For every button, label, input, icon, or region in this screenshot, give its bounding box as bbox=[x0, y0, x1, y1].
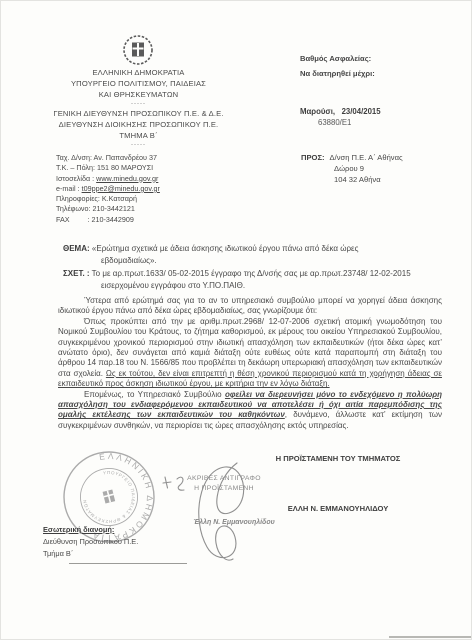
letterhead-directorate-line2: ΔΙΕΥΘΥΝΣΗ ΔΙΟΙΚΗΣΗΣ ΠΡΟΣΩΠΙΚΟΥ Π.Ε. bbox=[31, 119, 246, 130]
internal-distribution-block: Εσωτερική διανομή: Διεύθυνση Προσωπικού … bbox=[43, 524, 138, 559]
website-label: Ιστοσελίδα : bbox=[56, 174, 94, 183]
letterhead-department: ΤΜΗΜΑ Β΄ bbox=[31, 130, 246, 141]
internal-distribution-line2: Τμήμα Β΄ bbox=[43, 548, 138, 560]
recipient-line2: Δώρου 9 bbox=[334, 163, 403, 174]
place-date: Μαρούσι, 23/04/2015 bbox=[300, 106, 381, 117]
security-grade-label: Βαθμός Ασφαλείας: bbox=[300, 53, 375, 64]
contact-phone: Τηλέφωνο: 210-3442121 bbox=[56, 204, 160, 214]
body-paragraphs: Ύστερα από ερώτημά σας για το αν το υπηρ… bbox=[58, 296, 442, 431]
recipient-row: ΠΡΟΣ:Δ/νση Π.Ε. Α΄ Αθήνας bbox=[301, 152, 403, 163]
contact-address: Ταχ. Δ/νση: Αν. Παπανδρέου 37 bbox=[56, 153, 160, 163]
body-paragraph: Επομένως, το Υπηρεσιακό Συμβούλιο οφείλε… bbox=[58, 390, 442, 432]
letterhead-separator2: ----- bbox=[31, 141, 246, 149]
letterhead-ministry-line1: ΥΠΟΥΡΓΕΙΟ ΠΟΛΙΤΙΣΜΟΥ, ΠΑΙΔΕΙΑΣ bbox=[31, 78, 246, 89]
internal-distribution-label: Εσωτερική διανομή: bbox=[43, 524, 138, 536]
reference-text: Το με αρ.πρωτ.1633/ 05-02-2015 έγγραφο τ… bbox=[92, 269, 411, 290]
email-label: e-mail : bbox=[56, 184, 80, 193]
internal-distribution-line1: Διεύθυνση Προσωπικού Π.Ε. bbox=[43, 536, 138, 548]
contact-website-row: Ιστοσελίδα : www.minedu.gov.gr bbox=[56, 174, 160, 184]
recipient-block: ΠΡΟΣ:Δ/νση Π.Ε. Α΄ Αθήνας Δώρου 9 104 32… bbox=[301, 152, 403, 185]
security-block: Βαθμός Ασφαλείας: Να διατηρηθεί μέχρι: bbox=[300, 53, 375, 79]
body-paragraph: Όπως προκύπτει από την με αριθμ.πρωτ.296… bbox=[58, 317, 442, 390]
recipient-line3: 104 32 Αθήνα bbox=[334, 174, 403, 185]
subject-label: ΘΕΜΑ: bbox=[63, 244, 90, 253]
footer-divider bbox=[69, 563, 187, 564]
retain-until-label: Να διατηρηθεί μέχρι: bbox=[300, 68, 375, 79]
letterhead: ΕΛΛΗΝΙΚΗ ΔΗΜΟΚΡΑΤΙΑ ΥΠΟΥΡΓΕΙΟ ΠΟΛΙΤΙΣΜΟΥ… bbox=[31, 67, 246, 149]
contact-email-row: e-mail : t09ppe2@minedu.gov.gr bbox=[56, 184, 160, 194]
reference-label: ΣΧΕΤ. : bbox=[63, 269, 90, 278]
contact-city: Τ.Κ. – Πόλη: 151 80 ΜΑΡΟΥΣΙ bbox=[56, 163, 160, 173]
contact-block: Ταχ. Δ/νση: Αν. Παπανδρέου 37 Τ.Κ. – Πόλ… bbox=[56, 153, 160, 225]
body-paragraph: Ύστερα από ερώτημά σας για το αν το υπηρ… bbox=[58, 296, 442, 317]
subject-row: ΘΕΜΑ: «Ερώτημα σχετικά με άδεια άσκησης … bbox=[63, 243, 415, 266]
protocol-number: 63880/Ε1 bbox=[318, 117, 381, 128]
scan-edge-artifact bbox=[389, 636, 472, 638]
document-page: ΕΛΛΗΝΙΚΗ ΔΗΜΟΚΡΑΤΙΑ ΥΠΟΥΡΓΕΙΟ ΠΟΛΙΤΙΣΜΟΥ… bbox=[0, 0, 472, 640]
subject-text: «Ερώτημα σχετικά με άδεια άσκησης ιδιωτι… bbox=[92, 244, 359, 265]
email-link[interactable]: t09ppe2@minedu.gov.gr bbox=[82, 184, 160, 193]
contact-info: Πληροφορίες: Κ.Κατσαρή bbox=[56, 194, 160, 204]
letterhead-ministry-line2: ΚΑΙ ΘΡΗΣΚΕΥΜΑΤΩΝ bbox=[31, 89, 246, 100]
recipient-line1: Δ/νση Π.Ε. Α΄ Αθήνας bbox=[330, 153, 403, 162]
stamp-coat-of-arms-icon bbox=[103, 489, 116, 503]
recipient-label: ΠΡΟΣ: bbox=[301, 153, 325, 162]
contact-fax: FAX : 210-3442909 bbox=[56, 215, 160, 225]
letterhead-directorate-line1: ΓΕΝΙΚΗ ΔΙΕΥΘΥΝΣΗ ΠΡΟΣΩΠΙΚΟΥ Π.Ε. & Δ.Ε. bbox=[31, 108, 246, 119]
date-protocol-block: Μαρούσι, 23/04/2015 63880/Ε1 bbox=[300, 106, 381, 128]
greek-coat-of-arms-icon bbox=[121, 34, 155, 66]
reference-row: ΣΧΕΤ. : Το με αρ.πρωτ.1633/ 05-02-2015 έ… bbox=[63, 268, 443, 291]
letterhead-separator: ----- bbox=[31, 100, 246, 108]
letterhead-republic: ΕΛΛΗΝΙΚΗ ΔΗΜΟΚΡΑΤΙΑ bbox=[31, 67, 246, 78]
website-link[interactable]: www.minedu.gov.gr bbox=[96, 174, 158, 183]
handwritten-signature bbox=[153, 453, 293, 571]
